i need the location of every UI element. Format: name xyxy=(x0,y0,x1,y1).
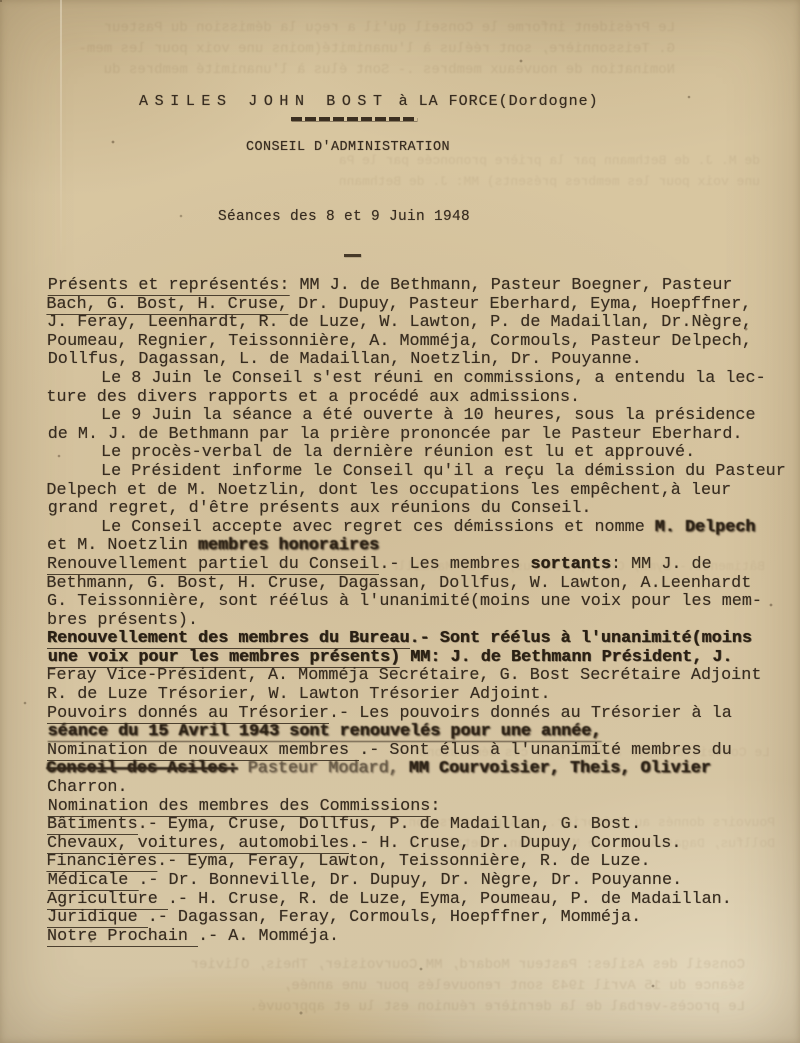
body-text: .- H. Cruse, R. de Luze, Eyma, Poumeau, … xyxy=(168,890,732,909)
body-text: .- Eyma, Feray, Lawton, Teissonnière, R.… xyxy=(157,852,650,871)
body-text: Le Conseil accepte avec regret ces démis… xyxy=(101,518,655,537)
heading-text: Bach, G. Bost, H. Cruse, xyxy=(46,295,288,315)
document-line: Médicale .- Dr. Bonneville, Dr. Dupuy, D… xyxy=(48,872,788,891)
body-text: .- Dr. Bonneville, Dr. Dupuy, Dr. Nègre,… xyxy=(138,871,682,890)
body-text: .- Eyma, Cruse, Dollfus, P. de Madaillan… xyxy=(138,815,642,834)
document-line: J. Feray, Leenhardt, R. de Luze, W. Lawt… xyxy=(47,314,787,333)
heading-text: Agriculture xyxy=(47,890,168,910)
document-line: Delpech et de M. Noetzlin, dont les occu… xyxy=(46,482,786,501)
body-text: .- xyxy=(410,629,440,648)
heading-text: Pouvoirs donnés au Trésorier xyxy=(47,704,329,724)
document-line: de M. J. de Bethmann par la prière prono… xyxy=(48,426,788,445)
body-text: J. Feray, Leenhardt, R. de Luze, W. Lawt… xyxy=(47,313,752,332)
heading-text: Bâtiments xyxy=(47,815,138,835)
document-line: Dollfus, Dagassan, L. de Madaillan, Noet… xyxy=(48,351,788,370)
paper-specks xyxy=(0,0,2,2)
document-line: Présents et représentés: MM J. de Bethma… xyxy=(48,277,788,296)
body-text: MM J. de Bethmann, Pasteur Boegner, Past… xyxy=(289,276,732,295)
scanned-minutes-page: Le Président informe le Conseil qu'il a … xyxy=(0,0,800,1043)
document-line: Chevaux, voitures, automobiles.- H. Crus… xyxy=(47,835,787,854)
body-text: .- A. Momméja. xyxy=(198,927,339,946)
body-text: bres présents). xyxy=(47,611,198,630)
body-text: .- Les pouvoirs donnés au Trésorier à la xyxy=(329,704,732,723)
document-line: Conseil des Asiles: Pasteur Modard, MM C… xyxy=(46,760,786,779)
document-line: grand regret, d'être présents aux réunio… xyxy=(48,500,788,519)
body-text: membres honoraires xyxy=(198,536,379,555)
document-line: Renouvellement des membres du Bureau.- S… xyxy=(47,630,787,649)
document-line: Le procès-verbal de la dernière réunion … xyxy=(47,444,787,463)
body-text: : xyxy=(430,797,440,816)
heading-text: Chevaux, voitures, automobiles xyxy=(47,834,349,854)
document-line: bres présents). xyxy=(47,612,787,631)
body-text: : MM J. de xyxy=(611,555,712,574)
body-text: sortants xyxy=(530,555,611,574)
body-text: Le 8 Juin le Conseil s'est réuni en comm… xyxy=(101,369,766,388)
document-line: Feray Vice-Président, A. Momméja Secréta… xyxy=(46,667,786,686)
body-text: Sont réélus à l'unanimité(moins xyxy=(440,629,752,648)
session-date: Séances des 8 et 9 Juin 1948 xyxy=(218,209,470,225)
heading-text: Juridique xyxy=(47,908,148,928)
body-text: MM Courvoisier, Theis, Olivier xyxy=(409,759,711,778)
body-text: Delpech et de M. Noetzlin, dont les occu… xyxy=(46,481,731,500)
document-line: Financières.- Eyma, Feray, Lawton, Teiss… xyxy=(46,853,786,872)
document-line: Le Conseil accepte avec regret ces démis… xyxy=(47,519,787,538)
body-text: Charron. xyxy=(47,778,128,797)
small-separator xyxy=(344,254,361,257)
document-line: Bethmann, G. Bost, H. Cruse, Dagassan, D… xyxy=(46,575,786,594)
document-line: séance du 15 Avril 1943 sont renouvelés … xyxy=(48,723,788,742)
heading-text: séance du 15 Avril 1943 sont renouvelés … xyxy=(48,722,602,742)
document-line: R. de Luze Trésorier, W. Lawton Trésorie… xyxy=(47,686,787,705)
heading-text: Notre Prochain xyxy=(47,927,198,947)
heading-text: Médicale xyxy=(48,871,139,891)
body-text: .- Les membres xyxy=(379,555,530,574)
body-text: .- Sont élus à l'unanimité membres du xyxy=(359,741,732,760)
minutes-body: Présents et représentés: MM J. de Bethma… xyxy=(47,277,787,946)
document-line: Bâtiments.- Eyma, Cruse, Dollfus, P. de … xyxy=(47,816,787,835)
body-text: Le Président informe le Conseil qu'il a … xyxy=(101,462,786,481)
document-line: Juridique .- Dagassan, Feray, Cormouls, … xyxy=(47,909,787,928)
document-title: CONSEIL D'ADMINISTRATION xyxy=(246,140,450,155)
heading-text: Nomination des membres des Commissions xyxy=(48,797,431,817)
letterhead-org: ASILES JOHN BOST xyxy=(139,93,389,110)
paper-fold-crease xyxy=(60,0,62,260)
body-text: Feray Vice-Président, A. Momméja Secréta… xyxy=(46,666,761,685)
heading-text: Financières xyxy=(46,852,157,872)
body-text: Le 9 Juin la séance a été ouverte à 10 h… xyxy=(101,406,756,425)
body-text: Dr. Dupuy, Pasteur Eberhard, Eyma, Hoepf… xyxy=(288,295,751,314)
body-text: M. Delpech xyxy=(655,518,756,537)
heading-text: une voix pour les membres présents) xyxy=(48,648,400,668)
body-text: Le procès-verbal de la dernière réunion … xyxy=(101,443,695,462)
body-text: Bethmann, G. Bost, H. Cruse, Dagassan, D… xyxy=(46,574,751,593)
body-text: .- Dagassan, Feray, Cormouls, Hoepffner,… xyxy=(148,908,641,927)
heading-text: Présents et représentés: xyxy=(48,276,290,296)
document-line: Nomination de nouveaux membres .- Sont é… xyxy=(47,742,787,761)
bleed-through-text: de M. J. de Bethmann par la prière prono… xyxy=(340,150,760,192)
body-text: Pasteur Modard, xyxy=(238,759,409,778)
document-line: Pouvoirs donnés au Trésorier.- Les pouvo… xyxy=(47,705,787,724)
document-line: Le 8 Juin le Conseil s'est réuni en comm… xyxy=(47,370,787,389)
document-line: Le Président informe le Conseil qu'il a … xyxy=(47,463,787,482)
document-line: Bach, G. Bost, H. Cruse, Dr. Dupuy, Past… xyxy=(46,296,786,315)
bleed-through-text: Le Président informe le Conseil qu'il a … xyxy=(55,18,675,81)
document-line: et M. Noetzlin membres honoraires xyxy=(47,537,787,556)
letterhead-location: à LA FORCE(Dordogne) xyxy=(389,93,599,110)
heading-text: Renouvellement partiel du Conseil xyxy=(47,555,379,575)
body-text: de M. J. de Bethmann par la prière prono… xyxy=(48,425,743,444)
body-text: R. de Luze Trésorier, W. Lawton Trésorie… xyxy=(47,685,551,704)
document-line: Poumeau, Regnier, Teissonnière, A. Mommé… xyxy=(47,333,787,352)
body-text: MM: J. de Bethmann Président, J. xyxy=(400,648,732,667)
document-line: Nomination des membres des Commissions: xyxy=(48,798,788,817)
heading-text: Nomination de nouveaux membres xyxy=(47,741,359,761)
body-text: Conseil des Asiles: xyxy=(46,759,237,778)
document-line: Le 9 Juin la séance a été ouverte à 10 h… xyxy=(47,407,787,426)
body-text: grand regret, d'être présents aux réunio… xyxy=(48,499,592,518)
document-line: une voix pour les membres présents) MM: … xyxy=(48,649,788,668)
body-text: Dollfus, Dagassan, L. de Madaillan, Noet… xyxy=(48,350,642,369)
bleed-through-text: Conseil des Asiles: Pasteur Modard, MM C… xyxy=(45,955,745,1018)
body-text: Poumeau, Regnier, Teissonnière, A. Mommé… xyxy=(47,332,752,351)
body-text: ture des divers rapports et a procédé au… xyxy=(46,388,580,407)
document-line: Agriculture .- H. Cruse, R. de Luze, Eym… xyxy=(47,891,787,910)
body-text: G. Teissonnière, sont réélus à l'unanimi… xyxy=(47,592,762,611)
document-line: Charron. xyxy=(47,779,787,798)
body-text: et M. Noetzlin xyxy=(47,536,198,555)
document-line: ture des divers rapports et a procédé au… xyxy=(46,389,786,408)
document-line: Renouvellement partiel du Conseil.- Les … xyxy=(47,556,787,575)
document-line: G. Teissonnière, sont réélus à l'unanimi… xyxy=(47,593,787,612)
heading-text: Renouvellement des membres du Bureau xyxy=(47,629,410,649)
dashed-separator xyxy=(291,117,417,121)
body-text: .- H. Cruse, Dr. Dupuy, Cormouls. xyxy=(349,834,681,853)
document-line: Notre Prochain .- A. Momméja. xyxy=(47,928,787,947)
